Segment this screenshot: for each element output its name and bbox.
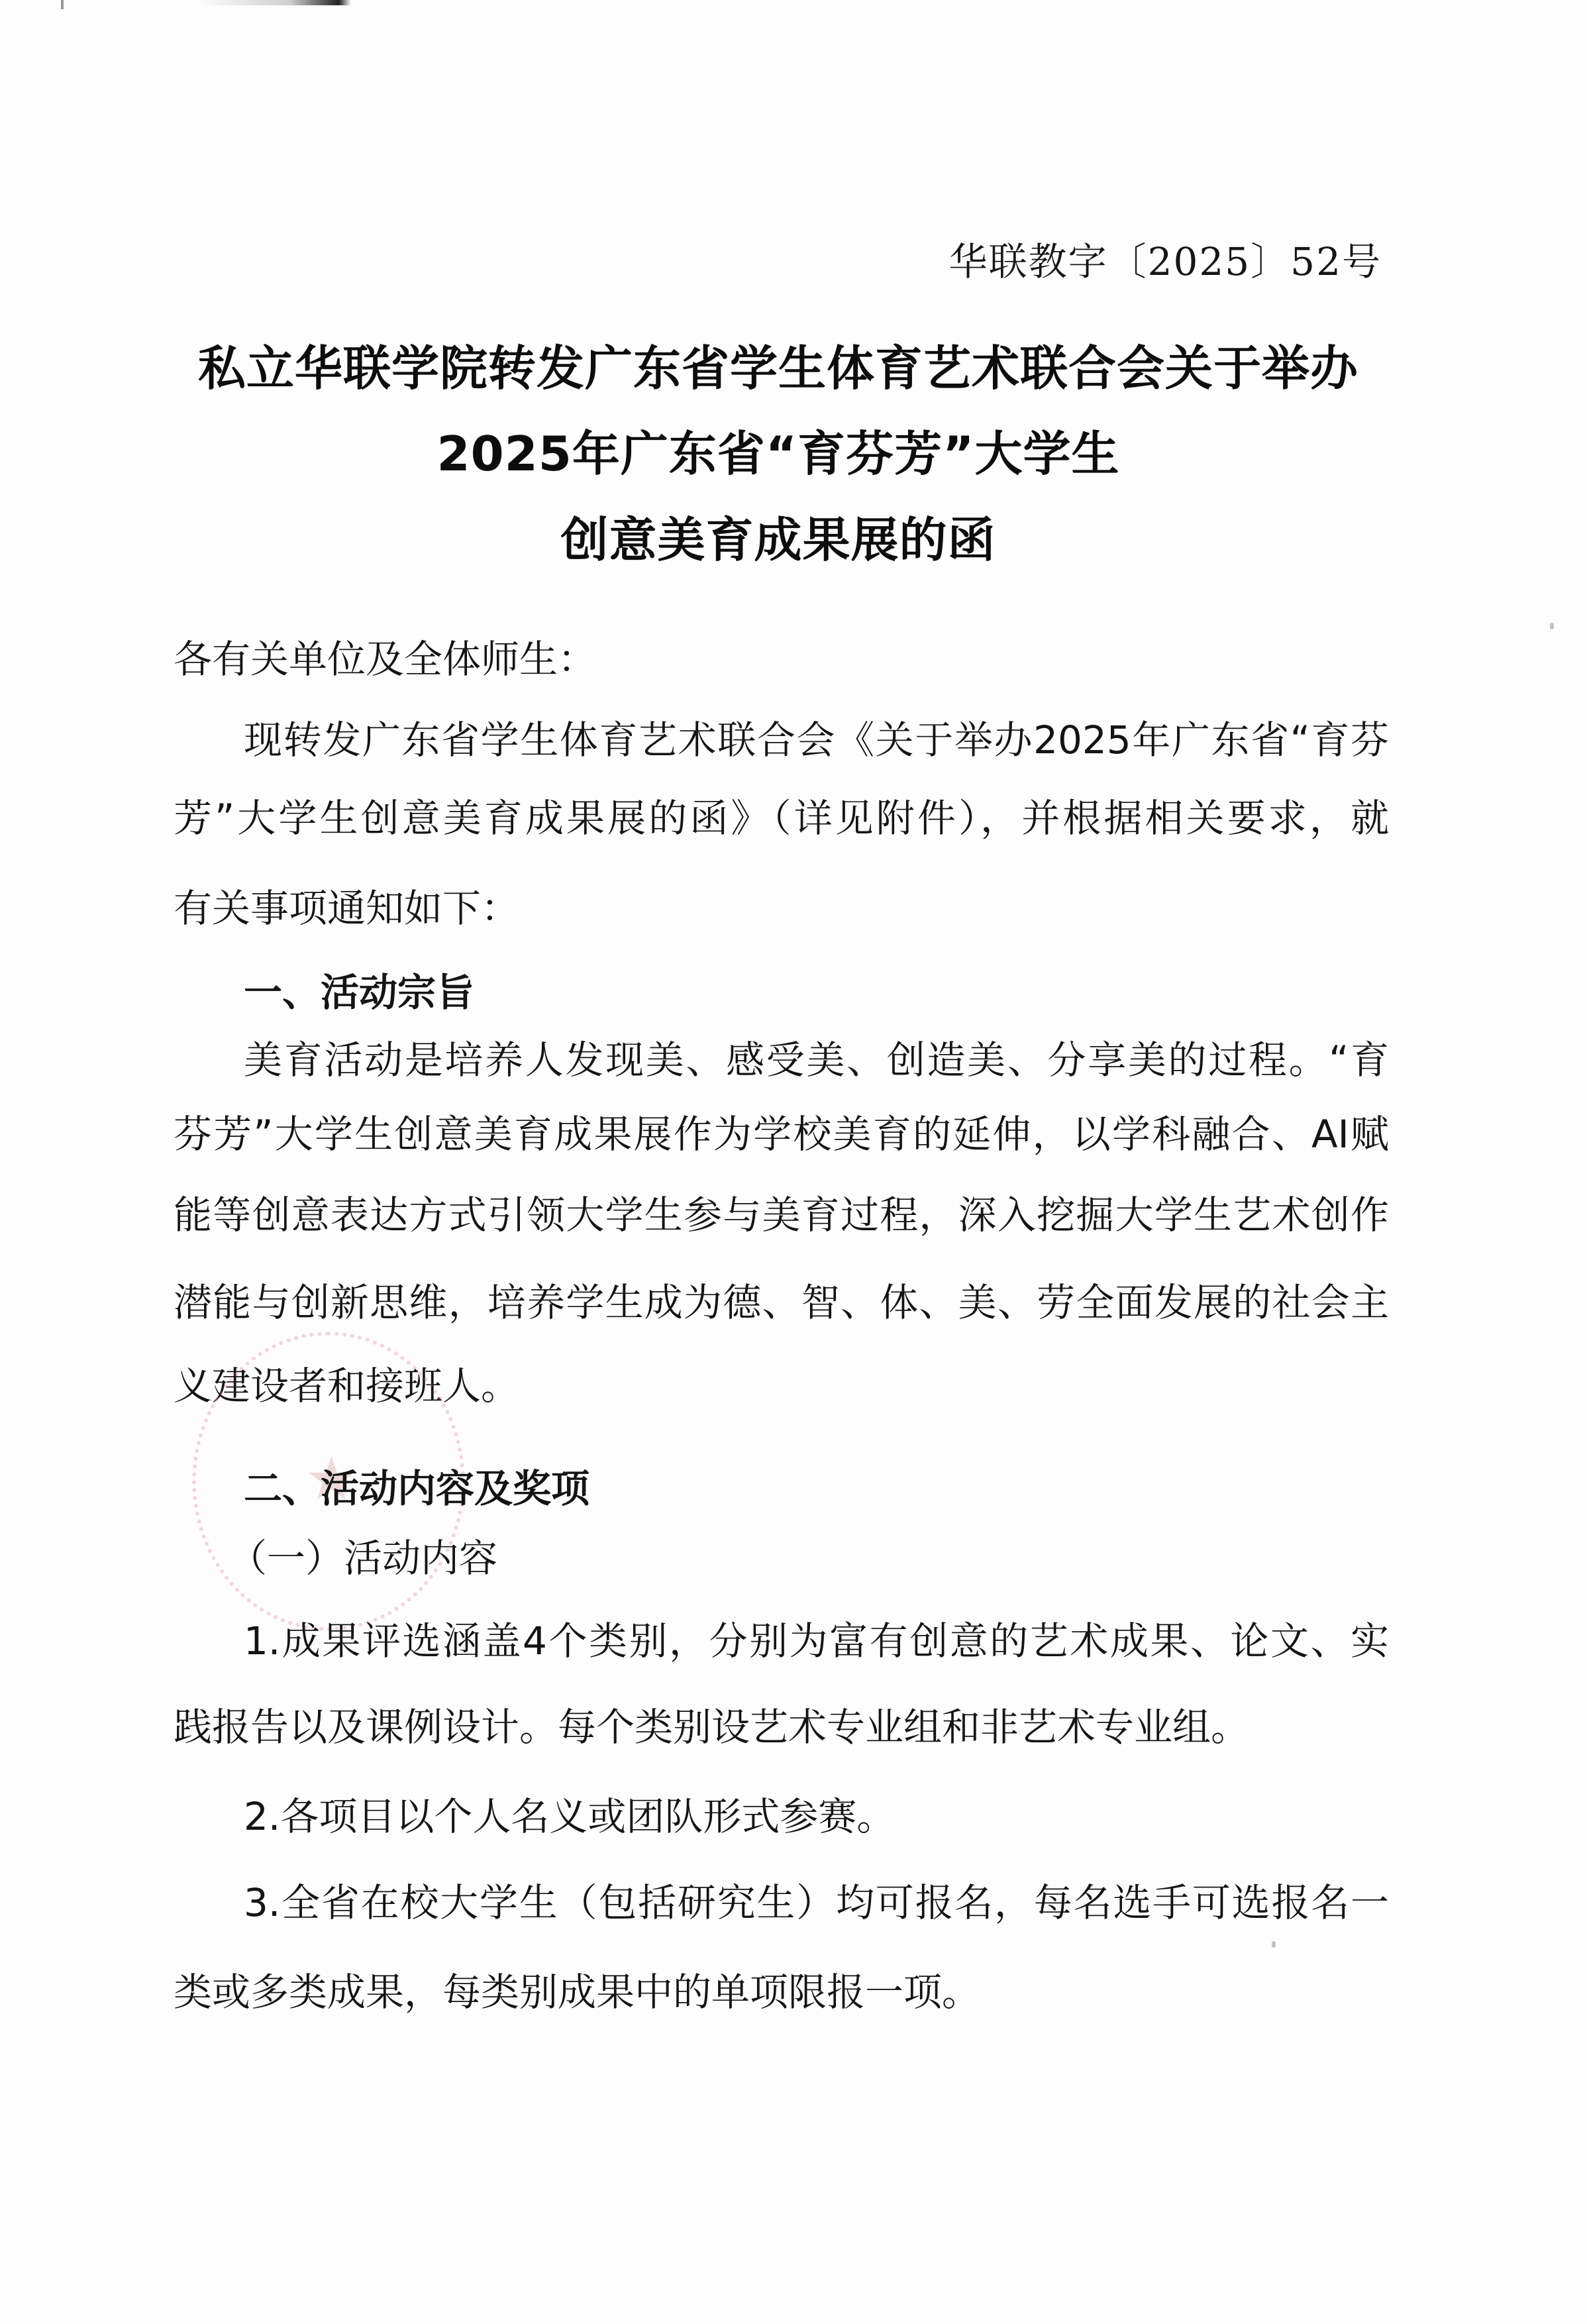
list-item-line: 1.成果评选涵盖4个类别，分别为富有创意的艺术成果、论文、实 xyxy=(244,1620,1389,1662)
paragraph-line: 潜能与创新思维，培养学生成为德、智、体、美、劳全面发展的社会主 xyxy=(174,1281,1389,1324)
paragraph-line: 义建设者和接班人。 xyxy=(174,1365,1389,1407)
scan-speck xyxy=(1272,1941,1276,1948)
salutation: 各有关单位及全体师生： xyxy=(174,638,1389,680)
document-page: 华联教字〔2025〕52号 私立华联学院转发广东省学生体育艺术联合会关于举办 2… xyxy=(0,0,1587,2324)
document-number: 华联教字〔2025〕52号 xyxy=(949,231,1382,286)
list-item-line: 类或多类成果，每类别成果中的单项限报一项。 xyxy=(174,1971,1389,2013)
intro-line: 现转发广东省学生体育艺术联合会《关于举办2025年广东省“育芬 xyxy=(244,719,1389,761)
scan-speck xyxy=(1550,623,1554,629)
scan-artifact xyxy=(199,0,351,5)
paragraph-line: 美育活动是培养人发现美、感受美、创造美、分享美的过程。“育 xyxy=(244,1039,1389,1081)
section-heading-purpose: 一、活动宗旨 xyxy=(244,971,1389,1014)
list-item-line: 践报告以及课例设计。每个类别设艺术专业组和非艺术专业组。 xyxy=(174,1706,1389,1748)
document-title-line-1: 私立华联学院转发广东省学生体育艺术联合会关于举办 xyxy=(146,330,1411,399)
paragraph-line: 能等创意表达方式引领大学生参与美育过程，深入挖掘大学生艺术创作 xyxy=(174,1194,1389,1236)
document-title-line-2: 2025年广东省“育芬芳”大学生 xyxy=(146,415,1411,484)
section-heading-content-awards: 二、活动内容及奖项 xyxy=(244,1467,1389,1510)
intro-line: 有关事项通知如下： xyxy=(174,887,1389,929)
document-title-line-3: 创意美育成果展的函 xyxy=(146,502,1411,570)
list-item-line: 3.全省在校大学生（包括研究生）均可报名，每名选手可选报名一 xyxy=(244,1881,1389,1924)
intro-line: 芳”大学生创意美育成果展的函》（详见附件），并根据相关要求，就 xyxy=(174,797,1389,839)
paragraph-line: 芬芳”大学生创意美育成果展作为学校美育的延伸，以学科融合、AI赋 xyxy=(174,1113,1389,1155)
list-item-line: 2.各项目以个人名义或团队形式参赛。 xyxy=(244,1795,1389,1838)
scan-artifact xyxy=(61,0,64,9)
subsection-heading: （一）活动内容 xyxy=(229,1537,1444,1579)
